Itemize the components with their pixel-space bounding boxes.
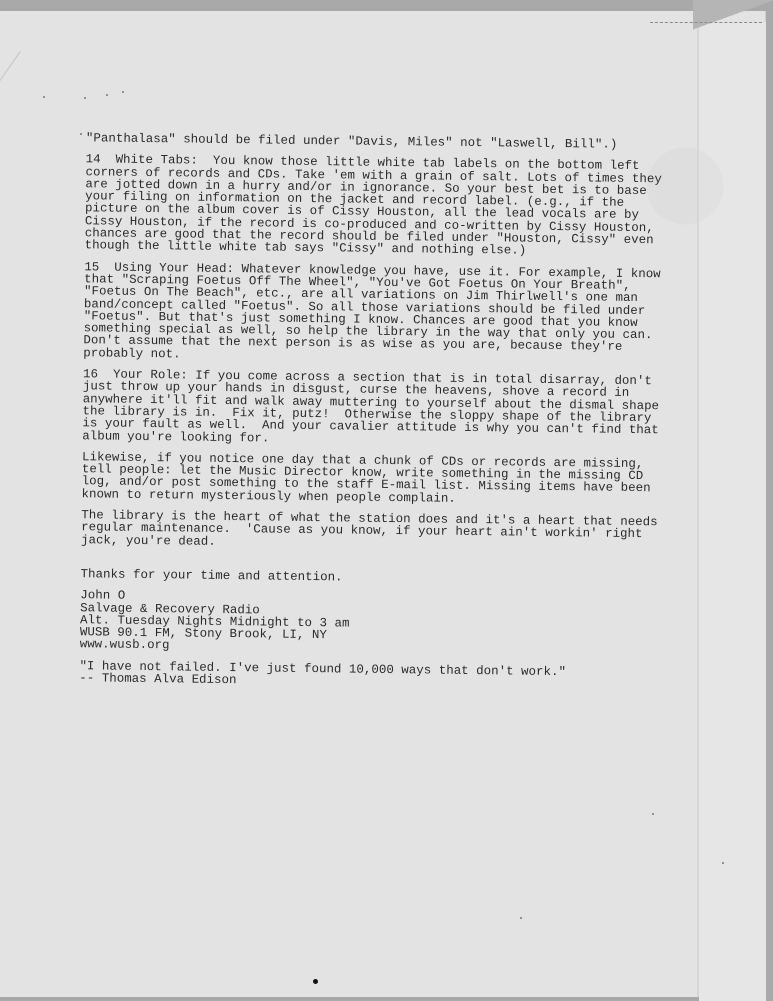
paragraph-missing-items: Likewise, if you notice one day that a c…: [62, 451, 703, 508]
scratch-mark: [0, 51, 21, 142]
speck: [106, 94, 108, 96]
item-15-using-your-head: 15 Using Your Head: Whatever knowledge y…: [63, 261, 704, 367]
closing-line: Thanks for your time and attention.: [61, 568, 701, 588]
paragraph-library-heart: The library is the heart of what the sta…: [61, 509, 701, 554]
ink-dot: [313, 979, 318, 984]
speck: [122, 91, 124, 93]
signature-website: www.wusb.org: [80, 638, 170, 653]
speck: [520, 917, 522, 919]
document-body: "Panthalasa" should be filed under "Davi…: [59, 132, 706, 701]
speck: [722, 862, 724, 864]
item-16-your-role: 16 Your Role: If you come across a secti…: [62, 368, 703, 450]
folded-corner: [693, 0, 773, 30]
item-14-white-tabs: 14 White Tabs: You know those little whi…: [65, 153, 706, 259]
speck: [652, 813, 654, 815]
signature-block: John O Salvage & Recovery Radio Alt. Tue…: [60, 589, 701, 658]
speck: [43, 96, 45, 98]
speck: [84, 97, 86, 99]
edison-quote: "I have not failed. I've just found 10,0…: [59, 660, 699, 692]
perforation-line: [650, 22, 762, 23]
